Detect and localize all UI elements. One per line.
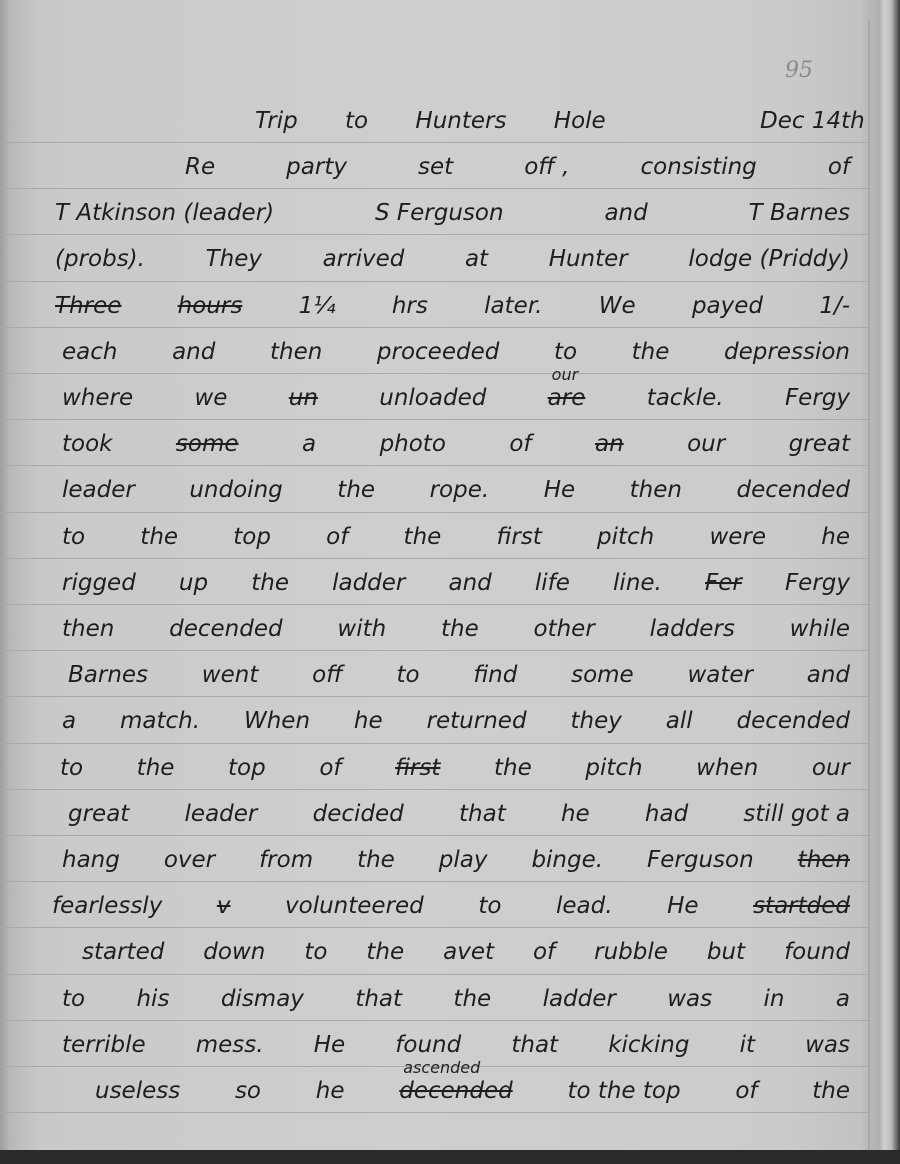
word: great: [68, 801, 129, 827]
word: tackle.: [647, 385, 724, 411]
inserted-correction: our: [552, 365, 579, 384]
text-line: riggeduptheladderandlifeline.FerFergy: [0, 570, 870, 610]
word: great: [789, 431, 850, 457]
text-line: Barneswentofftofindsomewaterand: [0, 662, 870, 702]
word: from: [259, 847, 313, 873]
word: Fergy: [785, 570, 850, 596]
word: avet: [443, 939, 494, 965]
word: were: [709, 524, 766, 550]
word: He: [314, 1032, 345, 1058]
word: then: [62, 616, 114, 642]
bottom-shadow: [0, 1150, 900, 1164]
word: took: [62, 431, 112, 457]
text-line: tohisdismaythattheladderwasina: [0, 986, 870, 1026]
word: the: [140, 524, 178, 550]
word: They: [206, 246, 262, 272]
struck-word: first: [395, 755, 440, 781]
word: he: [821, 524, 850, 550]
word: fearlessly: [52, 893, 162, 919]
word: and: [604, 200, 647, 226]
word: pitch: [597, 524, 654, 550]
struck-word: hours: [178, 293, 243, 319]
struck-word: decended: [399, 1078, 512, 1104]
word: a: [62, 708, 76, 734]
word: when: [696, 755, 758, 781]
word: of: [319, 755, 341, 781]
struck-word: startded: [753, 893, 850, 919]
word: mess.: [196, 1032, 264, 1058]
word: decended: [169, 616, 282, 642]
word: S Ferguson: [375, 200, 504, 226]
word: depression: [724, 339, 850, 365]
word: leader: [62, 477, 135, 503]
word: Re: [185, 154, 215, 180]
word: lead.: [556, 893, 613, 919]
text-line: fearlesslyvvolunteeredtolead.Hestartded: [0, 893, 870, 933]
struck-word: some: [176, 431, 239, 457]
text-line: Repartysetoff ,consistingof: [0, 154, 870, 194]
word: while: [790, 616, 850, 642]
word: binge.: [531, 847, 603, 873]
word: line.: [613, 570, 662, 596]
text-line: greatleaderdecidedthathehadstill got a: [0, 801, 870, 841]
word: and: [807, 662, 850, 688]
word: went: [202, 662, 259, 688]
word: we: [194, 385, 227, 411]
word: to: [478, 893, 501, 919]
text-line: thendecendedwiththeotherladderswhile: [0, 616, 870, 656]
page-number: 95: [785, 58, 813, 83]
word: of: [828, 154, 850, 180]
word: consisting: [641, 154, 757, 180]
word: ladders: [650, 616, 735, 642]
word: find: [473, 662, 517, 688]
word: and: [449, 570, 492, 596]
word: our: [687, 431, 725, 457]
word: match.: [120, 708, 200, 734]
word: but: [707, 939, 745, 965]
word: the: [494, 755, 532, 781]
text-line: (probs).TheyarrivedatHunterlodge (Priddy…: [0, 246, 870, 286]
text-line: hangoverfromtheplaybinge.Fergusonthen: [0, 847, 870, 887]
word: to: [304, 939, 327, 965]
struck-word: then: [798, 847, 850, 873]
text-line: leaderundoingtherope.Hethendecended: [0, 477, 870, 517]
word: play: [439, 847, 488, 873]
word: photo: [380, 431, 446, 457]
word: all: [666, 708, 693, 734]
word: unloaded: [379, 385, 486, 411]
word: of: [533, 939, 555, 965]
text-line: T Atkinson (leader)S FergusonandT Barnes: [0, 200, 870, 240]
word: that: [355, 986, 402, 1012]
word: lodge (Priddy): [688, 246, 850, 272]
word: pitch: [585, 755, 642, 781]
word: he: [354, 708, 383, 734]
word: in: [764, 986, 785, 1012]
word: undoing: [189, 477, 282, 503]
word: T Atkinson (leader): [55, 200, 274, 226]
word: the: [357, 847, 395, 873]
word: the: [404, 524, 442, 550]
word: set: [418, 154, 453, 180]
word: that: [511, 1032, 558, 1058]
word: 1¼: [299, 293, 336, 319]
word: Ferguson: [647, 847, 754, 873]
text-line: Threehours1¼hrslater.Wepayed1/-: [0, 293, 870, 333]
text-line: starteddowntotheavetofrubblebutfound: [0, 939, 870, 979]
word: of: [326, 524, 348, 550]
word: a: [836, 986, 850, 1012]
word: rope.: [430, 477, 490, 503]
struck-word: an: [595, 431, 624, 457]
word: up: [179, 570, 208, 596]
struck-word: are: [548, 385, 586, 411]
word: that: [459, 801, 506, 827]
word: over: [164, 847, 215, 873]
word: the: [441, 616, 479, 642]
word: his: [136, 986, 169, 1012]
word: each: [62, 339, 117, 365]
word: he: [561, 801, 590, 827]
word: party: [286, 154, 347, 180]
word: with: [337, 616, 386, 642]
word: then: [630, 477, 682, 503]
word: top: [233, 524, 271, 550]
word: 1/-: [819, 293, 850, 319]
word: some: [571, 662, 634, 688]
word: found: [784, 939, 850, 965]
word: off ,: [524, 154, 569, 180]
word: of: [735, 1078, 757, 1104]
word: and: [172, 339, 215, 365]
word: off: [312, 662, 343, 688]
word: where: [62, 385, 133, 411]
word: then: [270, 339, 322, 365]
word: our: [812, 755, 850, 781]
notebook-page: 95 Trip to Hunters Hole Dec 14th Reparty…: [0, 0, 878, 1150]
word: he: [316, 1078, 345, 1104]
word: We: [599, 293, 636, 319]
word: terrible: [62, 1032, 146, 1058]
word: it: [740, 1032, 755, 1058]
word: the: [137, 755, 175, 781]
word: to: [60, 755, 83, 781]
word: to the top: [567, 1078, 680, 1104]
word: other: [534, 616, 595, 642]
word: to: [554, 339, 577, 365]
entry-date: Dec 14th: [760, 108, 865, 134]
struck-word: Fer: [705, 570, 742, 596]
word: rubble: [594, 939, 668, 965]
word: had: [645, 801, 688, 827]
text-line: uselesssohedecendedto the topoftheascend…: [0, 1078, 870, 1118]
word: decended: [737, 708, 850, 734]
word: useless: [95, 1078, 180, 1104]
text-line: amatch.Whenhereturnedtheyalldecended: [0, 708, 870, 748]
word: volunteered: [285, 893, 424, 919]
word: was: [667, 986, 712, 1012]
word: returned: [427, 708, 527, 734]
word: so: [235, 1078, 261, 1104]
word: at: [465, 246, 488, 272]
word: later.: [484, 293, 542, 319]
text-line: eachandthenproceededtothedepression: [0, 339, 870, 379]
word: found: [395, 1032, 461, 1058]
word: decided: [313, 801, 404, 827]
word: (probs).: [55, 246, 145, 272]
title-line: Trip to Hunters Hole Dec 14th: [0, 108, 870, 148]
word: still got a: [743, 801, 850, 827]
word: hang: [62, 847, 120, 873]
page-edge: [878, 0, 900, 1164]
word: leader: [185, 801, 258, 827]
word: kicking: [608, 1032, 689, 1058]
word: the: [453, 986, 491, 1012]
word: decended: [737, 477, 850, 503]
word: rigged: [62, 570, 136, 596]
word: ladder: [332, 570, 405, 596]
word: hrs: [392, 293, 428, 319]
word: to: [396, 662, 419, 688]
word: to: [62, 986, 85, 1012]
word: Hunter: [549, 246, 628, 272]
word: Barnes: [68, 662, 148, 688]
word: the: [366, 939, 404, 965]
word: life: [535, 570, 570, 596]
word: first: [497, 524, 542, 550]
entry-title: Trip to Hunters Hole: [255, 108, 606, 134]
word: When: [244, 708, 310, 734]
word: started: [82, 939, 164, 965]
word: Fergy: [785, 385, 850, 411]
word: He: [667, 893, 698, 919]
word: T Barnes: [749, 200, 850, 226]
text-line: tothetopofthefirstpitchwerehe: [0, 524, 870, 564]
word: the: [337, 477, 375, 503]
word: He: [544, 477, 575, 503]
word: they: [570, 708, 621, 734]
struck-word: un: [289, 385, 318, 411]
word: water: [687, 662, 753, 688]
word: of: [509, 431, 531, 457]
word: the: [632, 339, 670, 365]
word: was: [805, 1032, 850, 1058]
word: top: [228, 755, 266, 781]
word: the: [812, 1078, 850, 1104]
word: the: [251, 570, 289, 596]
text-line: tothetopoffirstthepitchwhenour: [0, 755, 870, 795]
struck-word: Three: [55, 293, 121, 319]
word: proceeded: [377, 339, 499, 365]
text-line: tooksomeaphotoofanourgreat: [0, 431, 870, 471]
word: ladder: [543, 986, 616, 1012]
word: arrived: [323, 246, 405, 272]
inserted-correction: ascended: [403, 1058, 480, 1077]
word: down: [203, 939, 265, 965]
word: to: [62, 524, 85, 550]
text-line: whereweununloadedaretackle.Fergyour: [0, 385, 870, 425]
word: dismay: [221, 986, 304, 1012]
word: payed: [692, 293, 763, 319]
struck-word: v: [217, 893, 231, 919]
word: a: [302, 431, 316, 457]
